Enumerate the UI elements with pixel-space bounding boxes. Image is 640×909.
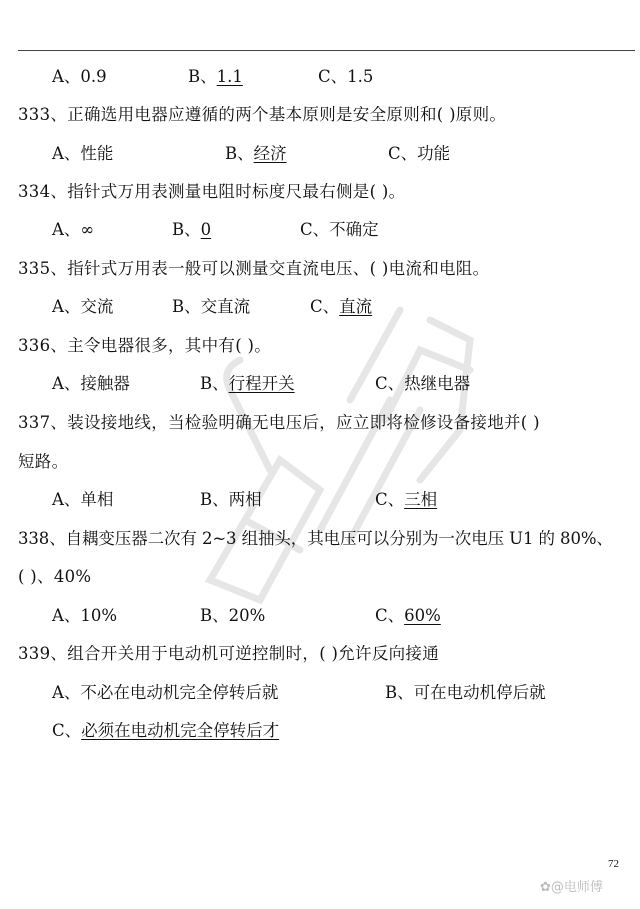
header-rule [18, 50, 635, 51]
correct-answer: 三相 [404, 490, 437, 509]
option-prefix: C、 [375, 606, 404, 625]
option-b: B、交直流 [172, 296, 250, 318]
question-334-stem: 334、指针式万用表测量电阻时标度尺最右侧是( )。 [18, 181, 405, 203]
question-337-stem-cont: 短路。 [18, 451, 68, 473]
option-a: A、10% [52, 605, 117, 627]
option-prefix: B、 [225, 144, 254, 163]
option-prefix: C、 [375, 490, 404, 509]
option-b: B、0 [172, 219, 211, 241]
question-338-stem-cont: ( )、40% [18, 566, 91, 588]
option-b: B、可在电动机停后就 [385, 682, 546, 704]
question-336-stem: 336、主令电器很多，其中有( )。 [18, 335, 271, 357]
option-c: C、必须在电动机完全停转后才 [52, 720, 279, 742]
option-b: B、1.1 [188, 66, 243, 88]
correct-answer: 60% [404, 606, 441, 625]
correct-answer: 必须在电动机完全停转后才 [81, 721, 279, 740]
correct-answer: 直流 [339, 297, 372, 316]
option-prefix: C、 [52, 721, 81, 740]
option-a: A、不必在电动机完全停转后就 [52, 682, 278, 704]
source-credit: ✿@电师傅 [540, 876, 603, 895]
correct-answer: 行程开关 [229, 374, 295, 393]
option-c: C、不确定 [300, 219, 379, 241]
option-b: B、行程开关 [200, 373, 295, 395]
option-a: A、接触器 [52, 373, 130, 395]
question-333-stem: 333、正确选用电器应遵循的两个基本原则是安全原则和( )原则。 [18, 104, 506, 126]
question-339-stem: 339、组合开关用于电动机可逆控制时，( )允许反向接通 [18, 643, 439, 665]
option-a: A、交流 [52, 296, 113, 318]
option-b: B、经济 [225, 143, 287, 165]
option-prefix: B、 [172, 220, 201, 239]
option-c: C、热继电器 [375, 373, 470, 395]
option-b: B、两相 [200, 489, 262, 511]
watermark-icon [170, 280, 490, 620]
option-b: B、20% [200, 605, 265, 627]
correct-answer: 1.1 [217, 67, 243, 86]
option-prefix: B、 [188, 67, 217, 86]
correct-answer: 0 [201, 220, 212, 239]
option-a: A、性能 [52, 143, 113, 165]
option-c: C、三相 [375, 489, 437, 511]
option-c: C、直流 [310, 296, 372, 318]
question-335-stem: 335、指针式万用表一般可以测量交直流电压、( )电流和电阻。 [18, 258, 489, 280]
option-a: A、∞ [52, 219, 94, 241]
option-prefix: B、 [200, 374, 229, 393]
correct-answer: 经济 [254, 144, 287, 163]
option-prefix: C、 [310, 297, 339, 316]
option-a: A、单相 [52, 489, 113, 511]
question-337-stem: 337、装设接地线，当检验明确无电压后，应立即将检修设备接地并( ) [18, 412, 540, 434]
option-c: C、功能 [388, 143, 450, 165]
option-c: C、60% [375, 605, 441, 627]
option-c: C、1.5 [318, 66, 373, 88]
option-a: A、0.9 [52, 66, 107, 88]
question-338-stem: 338、自耦变压器二次有 2~3 组抽头，其电压可以分别为一次电压 U1 的 8… [18, 528, 613, 550]
page-number: 72 [608, 858, 619, 870]
